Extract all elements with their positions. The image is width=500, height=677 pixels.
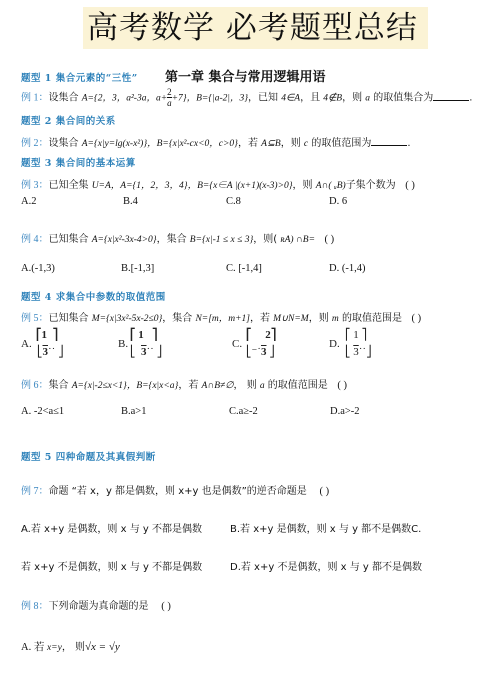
answer-blank — [371, 136, 407, 146]
example-label: 例 7： — [21, 486, 49, 497]
example-label: 例 6： — [21, 380, 49, 391]
option-c: C.a≥-2 — [229, 406, 258, 417]
example-7: 例 7：命题 “若 x，y 都是偶数，则 x+y 也是偶数”的逆否命题是 ( ) — [21, 482, 329, 497]
section-1-heading: 题型 1 集合元素的“三性” — [21, 70, 138, 84]
example-label: 例 4： — [21, 234, 49, 245]
section-5-heading: 题型 5 四种命题及其真假判断 — [21, 449, 156, 463]
answer-blank — [433, 91, 469, 101]
example-5: 例 5：已知集合 M={x|3x²-5x-2≤0}，集合 N=[m，m+1]，若… — [21, 309, 421, 324]
example-label: 例 1： — [21, 93, 49, 104]
option-d: D. 6 — [329, 196, 347, 207]
example-6: 例 6：集合 A={x|-2≤x<1}，B={x|x<a}，若 A∩B≠∅， 则… — [21, 376, 347, 391]
option-d: D.a>-2 — [330, 406, 360, 417]
option-d: D.若 x+y 不是偶数，则 x 与 y 都不是偶数 — [230, 558, 422, 573]
option-a: A. 若 x=y， 则√x = √y — [21, 638, 120, 654]
example-label: 例 2： — [21, 138, 49, 149]
option-a: A.(-1,3) — [21, 263, 55, 274]
example-label: 例 8： — [21, 601, 49, 612]
option-a: A.若 x+y 是偶数，则 x 与 y 不都是偶数 — [21, 520, 202, 535]
example-4: 例 4：已知集合 A={x|x²-3x-4>0}，集合 B={x|-1 ≤ x … — [21, 230, 334, 245]
chapter-heading: 第一章 集合与常用逻辑用语 — [165, 66, 326, 85]
sqrt-expression: √x = √y — [85, 641, 120, 653]
option-a: A.2 — [21, 196, 36, 207]
example-label: 例 5： — [21, 313, 49, 324]
section-2-heading: 题型 2 集合间的关系 — [21, 113, 116, 127]
option-b: B.若 x+y 是偶数，则 x 与 y 都不是偶数C. — [230, 520, 421, 535]
option-b: B.4 — [123, 196, 138, 207]
example-label: 例 3： — [21, 180, 49, 191]
section-3-heading: 题型 3 集合间的基本运算 — [21, 155, 136, 169]
page-title: 高考数学 必考题型总结 — [87, 8, 418, 48]
example-3: 例 3：已知全集 U=A，A={1，2，3，4}，B={x∈A |(x+1)(x… — [21, 176, 415, 191]
example-2: 例 2：设集合 A={x|y=lg(x-x²)}，B={x|x²-cx<0，c>… — [21, 134, 411, 149]
option-c: C.8 — [226, 196, 241, 207]
option-b: B.a>1 — [121, 406, 146, 417]
section-4-heading: 题型 4 求集合中参数的取值范围 — [21, 289, 166, 303]
example-1: 例 1：设集合 A={2，3，a²-3a，a+2a+7}，B={|a-2|，3}… — [21, 87, 472, 108]
option-c: C. [-1,4] — [226, 263, 262, 274]
option-c: 若 x+y 不是偶数，则 x 与 y 不都是偶数 — [21, 558, 202, 573]
example-8: 例 8：下列命题为真命题的是 ( ) — [21, 597, 171, 612]
option-d: D. (-1,4) — [329, 263, 365, 274]
option-b: B.[-1,3] — [121, 263, 154, 274]
option-a: A. -2<a≤1 — [21, 406, 64, 417]
